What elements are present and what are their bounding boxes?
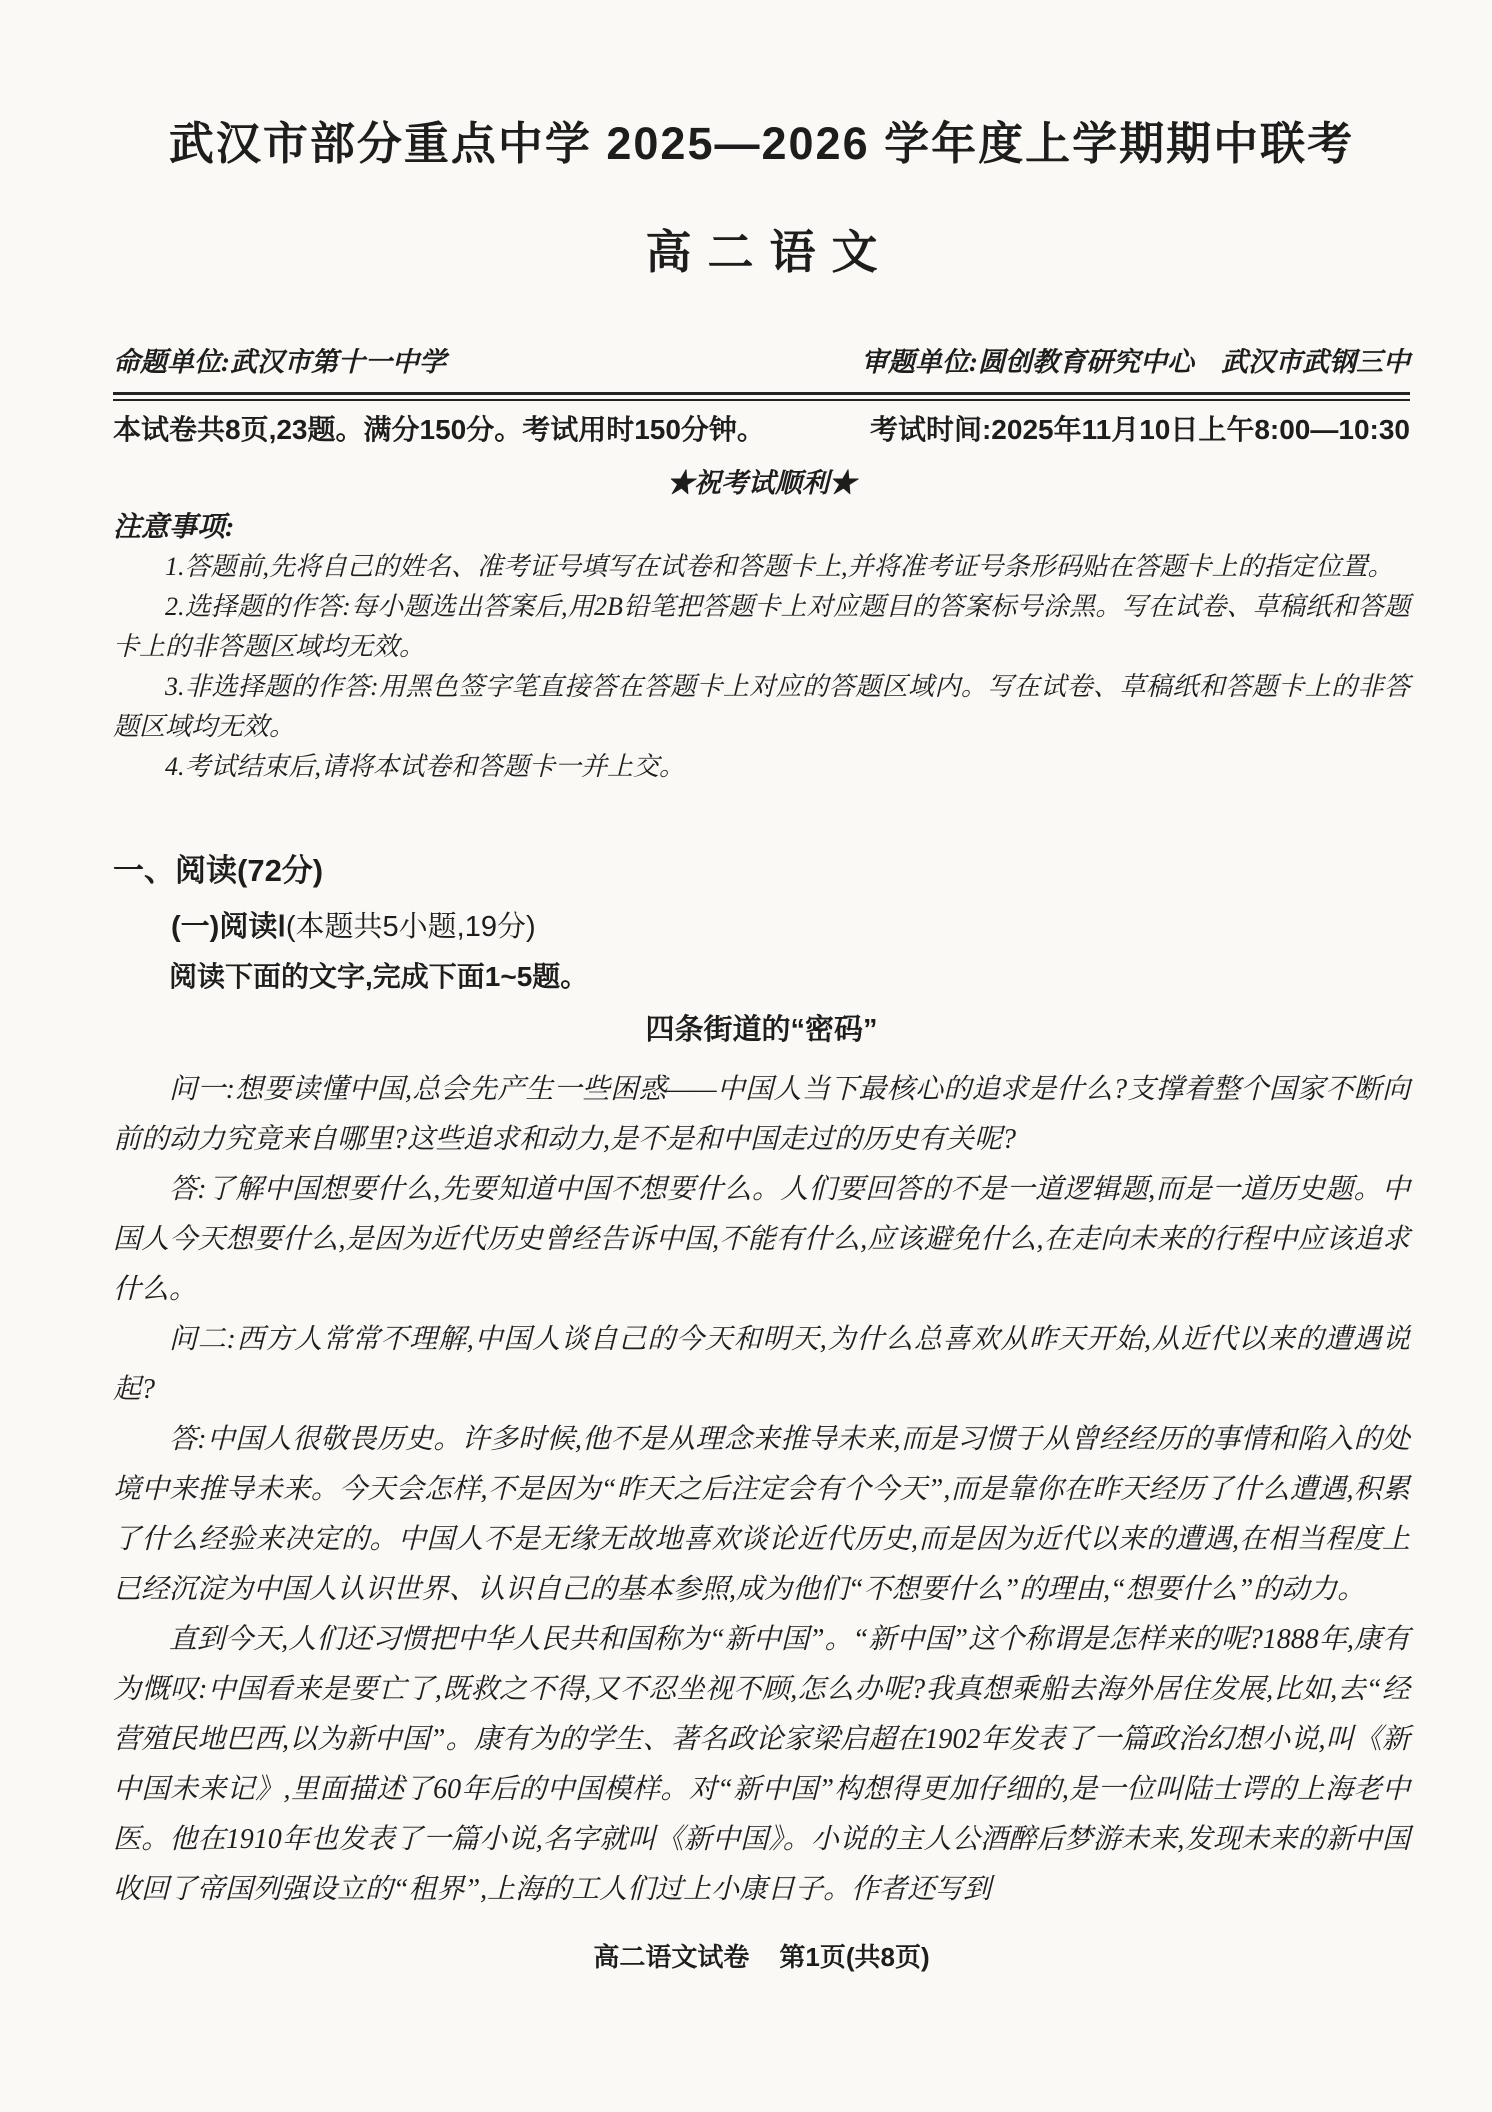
setter-unit: 命题单位:武汉市第十一中学 bbox=[113, 346, 446, 378]
meta-row: 本试卷共8页,23题。满分150分。考试用时150分钟。 考试时间:2025年1… bbox=[113, 413, 1410, 447]
section-one-heading: 一、阅读(72分) bbox=[113, 851, 1410, 891]
notice-item-2: 2.选择题的作答:每小题选出答案后,用2B铅笔把答题卡上对应题目的答案标号涂黑。… bbox=[113, 587, 1410, 667]
exam-paper-page: 武汉市部分重点中学 2025—2026 学年度上学期期中联考 高二语文 命题单位… bbox=[0, 0, 1492, 2112]
reading-instruction: 阅读下面的文字,完成下面1~5题。 bbox=[113, 959, 1410, 995]
reading-one-heading: (一)阅读Ⅰ(本题共5小题,19分) bbox=[113, 909, 1410, 945]
exam-time: 考试时间:2025年11月10日上午8:00—10:30 bbox=[870, 413, 1410, 447]
reading-one-heading-note: (本题共5小题,19分) bbox=[286, 911, 536, 943]
good-luck-line: ★祝考试顺利★ bbox=[113, 467, 1410, 499]
article-paragraph-2: 答:了解中国想要什么,先要知道中国不想要什么。人们要回答的不是一道逻辑题,而是一… bbox=[113, 1165, 1410, 1315]
reading-one-heading-main: (一)阅读Ⅰ bbox=[171, 911, 286, 943]
exam-subject: 高二语文 bbox=[113, 226, 1410, 278]
article-paragraph-5: 直到今天,人们还习惯把中华人民共和国称为“新中国”。“新中国”这个称谓是怎样来的… bbox=[113, 1615, 1410, 1915]
units-row: 命题单位:武汉市第十一中学 审题单位:圆创教育研究中心 武汉市武钢三中 bbox=[113, 346, 1410, 378]
footer-paper-name: 高二语文试卷 bbox=[593, 1941, 749, 1973]
reviewer-unit: 审题单位:圆创教育研究中心 武汉市武钢三中 bbox=[861, 346, 1410, 378]
notice-title: 注意事项: bbox=[113, 509, 1410, 547]
article-paragraph-1: 问一:想要读懂中国,总会先产生一些困惑——中国人当下最核心的追求是什么?支撑着整… bbox=[113, 1065, 1410, 1165]
article-title: 四条街道的“密码” bbox=[113, 1011, 1410, 1049]
article-paragraph-3: 问二:西方人常常不理解,中国人谈自己的今天和明天,为什么总喜欢从昨天开始,从近代… bbox=[113, 1315, 1410, 1415]
notice-list: 1.答题前,先将自己的姓名、准考证号填写在试卷和答题卡上,并将准考证号条形码贴在… bbox=[113, 547, 1410, 787]
article-paragraph-4: 答:中国人很敬畏历史。许多时候,他不是从理念来推导未来,而是习惯于从曾经经历的事… bbox=[113, 1415, 1410, 1615]
article-body: 问一:想要读懂中国,总会先产生一些困惑——中国人当下最核心的追求是什么?支撑着整… bbox=[113, 1065, 1410, 1915]
notice-item-1: 1.答题前,先将自己的姓名、准考证号填写在试卷和答题卡上,并将准考证号条形码贴在… bbox=[113, 547, 1410, 587]
divider-double-rule bbox=[113, 392, 1410, 401]
exam-title: 武汉市部分重点中学 2025—2026 学年度上学期期中联考 bbox=[113, 118, 1410, 170]
page-footer: 高二语文试卷 第1页(共8页) bbox=[113, 1941, 1410, 1973]
notice-item-3: 3.非选择题的作答:用黑色签字笔直接答在答题卡上对应的答题区域内。写在试卷、草稿… bbox=[113, 667, 1410, 747]
paper-info: 本试卷共8页,23题。满分150分。考试用时150分钟。 bbox=[113, 413, 765, 447]
notice-item-4: 4.考试结束后,请将本试卷和答题卡一并上交。 bbox=[113, 747, 1410, 787]
footer-page-number: 第1页(共8页) bbox=[779, 1941, 929, 1973]
